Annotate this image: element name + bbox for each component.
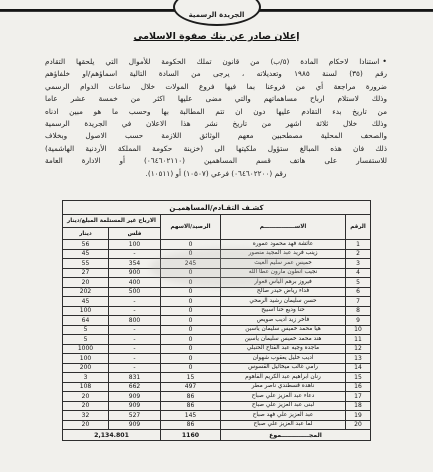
dinar-amount: 3 bbox=[63, 373, 109, 383]
shareholder-name: رامي غالب ميخائيل القسوس bbox=[221, 363, 346, 373]
row-number: 15 bbox=[346, 373, 371, 383]
fils-amount: 900 bbox=[109, 268, 161, 278]
dinar-amount: 55 bbox=[63, 259, 109, 269]
dinar-amount: 5 bbox=[63, 335, 109, 345]
shareholder-name: هند محمد خميس سليمان ياسين bbox=[221, 335, 346, 345]
shareholders-table: كشـف التقـادم/المساهميـن الرقم الاســـــ… bbox=[62, 200, 371, 441]
fils-amount: - bbox=[109, 249, 161, 259]
announcement-paragraph: •استنادا لاحكام المادة (٥/ب) من قانون تم… bbox=[45, 56, 387, 180]
dinar-amount: 64 bbox=[63, 316, 109, 326]
announcement-line: ذلك فان هذه المبالغ ستؤول ملكيتها الى (خ… bbox=[45, 143, 387, 155]
shareholder-name: ناهده قسطندي ناصر مطر bbox=[221, 382, 346, 392]
balance-shares: 86 bbox=[161, 392, 221, 402]
shareholder-name: اديب خليل يعقوب شهوان bbox=[221, 354, 346, 364]
total-row: المجـــــــــــــموع 1160 2,134.801 bbox=[63, 430, 371, 441]
dinar-amount: 20 bbox=[63, 420, 109, 430]
dinar-amount: 56 bbox=[63, 240, 109, 250]
announcement-line: والصحف المحلية مصطحبين معهم الوثائق اللا… bbox=[45, 130, 387, 142]
row-number: 20 bbox=[346, 420, 371, 430]
row-number: 6 bbox=[346, 287, 371, 297]
row-number: 18 bbox=[346, 401, 371, 411]
row-number: 5 bbox=[346, 278, 371, 288]
announcement-line: ضرورة مراجعة أي من فروعنا بما فيها فروع … bbox=[45, 81, 387, 93]
gazette-label: الجريدة الرسمية bbox=[189, 11, 245, 19]
fils-amount: 662 bbox=[109, 382, 161, 392]
shareholder-name: فيروز برهم الياس قعوار bbox=[221, 278, 346, 288]
table-row: 7حسن سليمان رشيد الرمحي0-45 bbox=[63, 297, 371, 307]
row-number: 10 bbox=[346, 325, 371, 335]
balance-shares: 0 bbox=[161, 316, 221, 326]
balance-shares: 0 bbox=[161, 306, 221, 316]
table-row: 6فداء رياض حيدر صالح0500202 bbox=[63, 287, 371, 297]
table-row: 1عائشة فهد محمود عموره010056 bbox=[63, 240, 371, 250]
dinar-amount: 202 bbox=[63, 287, 109, 297]
balance-shares: 0 bbox=[161, 363, 221, 373]
dinar-amount: 100 bbox=[63, 354, 109, 364]
fils-amount: - bbox=[109, 306, 161, 316]
fils-amount: - bbox=[109, 363, 161, 373]
fils-amount: 527 bbox=[109, 411, 161, 421]
balance-shares: 145 bbox=[161, 411, 221, 421]
row-number: 7 bbox=[346, 297, 371, 307]
total-amount: 2,134.801 bbox=[63, 430, 161, 441]
fils-amount: 800 bbox=[109, 316, 161, 326]
balance-shares: 0 bbox=[161, 344, 221, 354]
dinar-amount: 1000 bbox=[63, 344, 109, 354]
fils-amount: 831 bbox=[109, 373, 161, 383]
shareholder-name: ماجده وجيه عبد الفتاح الحنبلي bbox=[221, 344, 346, 354]
row-number: 9 bbox=[346, 316, 371, 326]
dinar-amount: 20 bbox=[63, 278, 109, 288]
table-row: 17دعاء عبد العزيز علي صباح8690920 bbox=[63, 392, 371, 402]
balance-shares: 0 bbox=[161, 354, 221, 364]
col-header-unclaimed-profits: الارباح غير المستلمة المبلغ/دينار bbox=[63, 215, 161, 228]
balance-shares: 0 bbox=[161, 287, 221, 297]
fils-amount: 354 bbox=[109, 259, 161, 269]
announcement-line: •استنادا لاحكام المادة (٥/ب) من قانون تم… bbox=[45, 56, 387, 68]
shareholder-name: فاخر زيد اديب صويص bbox=[221, 316, 346, 326]
balance-shares: 0 bbox=[161, 297, 221, 307]
balance-shares: 86 bbox=[161, 401, 221, 411]
table-row: 13اديب خليل يعقوب شهوان0-100 bbox=[63, 354, 371, 364]
balance-shares: 0 bbox=[161, 249, 221, 259]
announcement-line: للاستفسار على هاتف قسم المساهمين (٠٦٤٦٠٢… bbox=[45, 155, 387, 167]
dinar-amount: 200 bbox=[63, 363, 109, 373]
col-header-number: الرقم bbox=[346, 215, 371, 240]
dinar-amount: 32 bbox=[63, 411, 109, 421]
dinar-amount: 27 bbox=[63, 268, 109, 278]
fils-amount: - bbox=[109, 325, 161, 335]
announcement-line: وذلك خلال ثلاثة اشهر من تاريخ نشر هذا ال… bbox=[45, 118, 387, 130]
table-row: 5فيروز برهم الياس قعوار040020 bbox=[63, 278, 371, 288]
balance-shares: 0 bbox=[161, 278, 221, 288]
table-row: 18لبنى عبد العزيز علي صباح8690920 bbox=[63, 401, 371, 411]
dinar-amount: 20 bbox=[63, 401, 109, 411]
shareholder-name: عبد العزيز علي فهد صباح bbox=[221, 411, 346, 421]
dinar-amount: 45 bbox=[63, 297, 109, 307]
col-header-dinar: دينار bbox=[63, 228, 109, 240]
row-number: 8 bbox=[346, 306, 371, 316]
table-row: 15رنان ابراهيم عبد الكريم الفاهوم158313 bbox=[63, 373, 371, 383]
table-row: 14رامي غالب ميخائيل القسوس0-200 bbox=[63, 363, 371, 373]
shareholder-name: فداء رياض حيدر صالح bbox=[221, 287, 346, 297]
fils-amount: 909 bbox=[109, 392, 161, 402]
row-number: 17 bbox=[346, 392, 371, 402]
col-header-name: الاســــــــــــــــم bbox=[221, 215, 346, 240]
table-row: 19عبد العزيز علي فهد صباح14552732 bbox=[63, 411, 371, 421]
gazette-page: { "page": { "gazette_label": "الجريدة ال… bbox=[0, 0, 433, 472]
table-row: 16ناهده قسطندي ناصر مطر497662108 bbox=[63, 382, 371, 392]
table-row: 11هند محمد خميس سليمان ياسين0-5 bbox=[63, 335, 371, 345]
row-number: 1 bbox=[346, 240, 371, 250]
table-row: 3خميس عمر سليم الغيث24535455 bbox=[63, 259, 371, 269]
col-header-fils: فلس bbox=[109, 228, 161, 240]
dinar-amount: 5 bbox=[63, 325, 109, 335]
fils-amount: - bbox=[109, 335, 161, 345]
announcement-line: رقم (٣٥) لسنة ١٩٨٥ وتعديلاته ، يرجى من ا… bbox=[45, 68, 387, 80]
dinar-amount: 20 bbox=[63, 392, 109, 402]
shareholder-name: لما عبد العزيز علي صباح bbox=[221, 420, 346, 430]
fils-amount: 400 bbox=[109, 278, 161, 288]
balance-shares: 0 bbox=[161, 325, 221, 335]
table-row: 4نجيب انطون مارون عطا الله090027 bbox=[63, 268, 371, 278]
col-header-balance-shares: الرصيد/الاسهم bbox=[161, 215, 221, 240]
dinar-amount: 108 bbox=[63, 382, 109, 392]
table-title: كشـف التقـادم/المساهميـن bbox=[63, 201, 371, 215]
row-number: 4 bbox=[346, 268, 371, 278]
bullet-icon: • bbox=[379, 57, 387, 66]
row-number: 12 bbox=[346, 344, 371, 354]
row-number: 2 bbox=[346, 249, 371, 259]
row-number: 19 bbox=[346, 411, 371, 421]
row-number: 16 bbox=[346, 382, 371, 392]
balance-shares: 0 bbox=[161, 335, 221, 345]
page-title: إعلان صادر عن بنك صفوة الاسلامي bbox=[0, 31, 433, 42]
gazette-stamp: الجريدة الرسمية bbox=[173, 0, 261, 26]
fils-amount: 909 bbox=[109, 420, 161, 430]
fils-amount: 909 bbox=[109, 401, 161, 411]
row-number: 14 bbox=[346, 363, 371, 373]
table-row: 8حنا وديع حنا اسبيح0-100 bbox=[63, 306, 371, 316]
fils-amount: - bbox=[109, 297, 161, 307]
row-number: 13 bbox=[346, 354, 371, 364]
shareholder-name: دعاء عبد العزيز علي صباح bbox=[221, 392, 346, 402]
row-number: 3 bbox=[346, 259, 371, 269]
table-row: 20لما عبد العزيز علي صباح8690920 bbox=[63, 420, 371, 430]
shareholder-name: لبنى عبد العزيز علي صباح bbox=[221, 401, 346, 411]
total-shares: 1160 bbox=[161, 430, 221, 441]
shareholder-name: خميس عمر سليم الغيث bbox=[221, 259, 346, 269]
announcement-line: رقم (٠٦٤٦٠٢٢٠٠) فرعي (١٠٥٠٧) أو (١٠٥١١). bbox=[45, 168, 387, 180]
table-row: 2زينب فريد عبد المجيد منصور0-45 bbox=[63, 249, 371, 259]
shareholder-name: رنان ابراهيم عبد الكريم الفاهوم bbox=[221, 373, 346, 383]
balance-shares: 497 bbox=[161, 382, 221, 392]
shareholder-name: هيا محمد خميس سليمان ياسين bbox=[221, 325, 346, 335]
balance-shares: 0 bbox=[161, 240, 221, 250]
dinar-amount: 100 bbox=[63, 306, 109, 316]
shareholder-name: عائشة فهد محمود عموره bbox=[221, 240, 346, 250]
table-row: 12ماجده وجيه عبد الفتاح الحنبلي0-1000 bbox=[63, 344, 371, 354]
dinar-amount: 45 bbox=[63, 249, 109, 259]
balance-shares: 245 bbox=[161, 259, 221, 269]
balance-shares: 0 bbox=[161, 268, 221, 278]
announcement-line: من تاريخ بدء التقادم عليها دون ان تتم ال… bbox=[45, 106, 387, 118]
shareholder-name: زينب فريد عبد المجيد منصور bbox=[221, 249, 346, 259]
table-row: 10هيا محمد خميس سليمان ياسين0-5 bbox=[63, 325, 371, 335]
fils-amount: - bbox=[109, 344, 161, 354]
row-number: 11 bbox=[346, 335, 371, 345]
total-label: المجـــــــــــــموع bbox=[221, 430, 371, 441]
shareholder-name: حنا وديع حنا اسبيح bbox=[221, 306, 346, 316]
table-row: 9فاخر زيد اديب صويص080064 bbox=[63, 316, 371, 326]
shareholder-name: نجيب انطون مارون عطا الله bbox=[221, 268, 346, 278]
fils-amount: 500 bbox=[109, 287, 161, 297]
fils-amount: 100 bbox=[109, 240, 161, 250]
balance-shares: 15 bbox=[161, 373, 221, 383]
fils-amount: - bbox=[109, 354, 161, 364]
shareholder-name: حسن سليمان رشيد الرمحي bbox=[221, 297, 346, 307]
balance-shares: 86 bbox=[161, 420, 221, 430]
announcement-line: وذلك لاستلام ارباح مساهماتهم والتي مضى ع… bbox=[45, 93, 387, 105]
